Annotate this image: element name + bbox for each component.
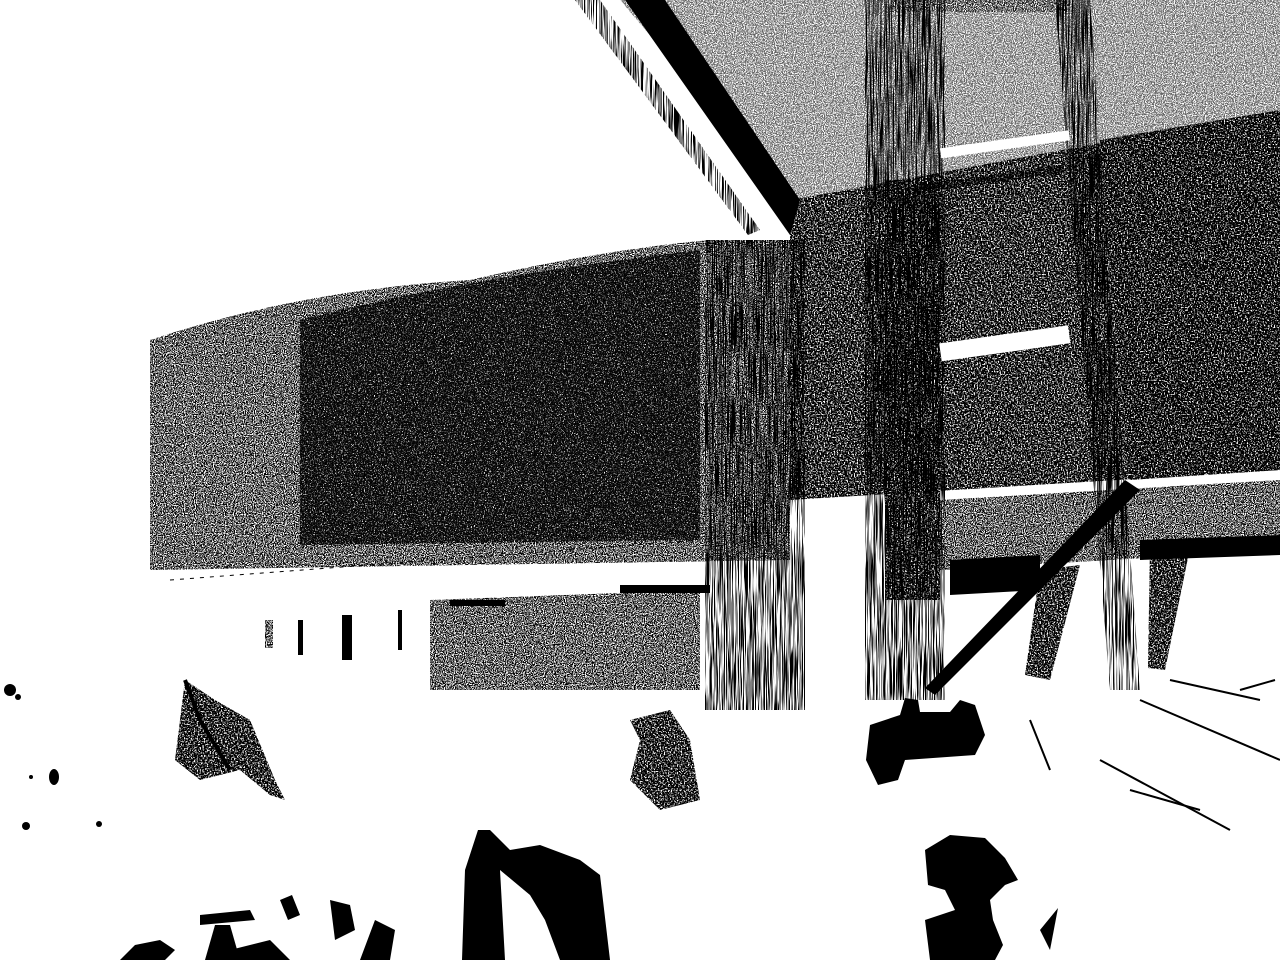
photo-scene	[0, 0, 1280, 960]
wooden-post-center	[865, 0, 945, 700]
wooden-post-left	[705, 240, 805, 710]
